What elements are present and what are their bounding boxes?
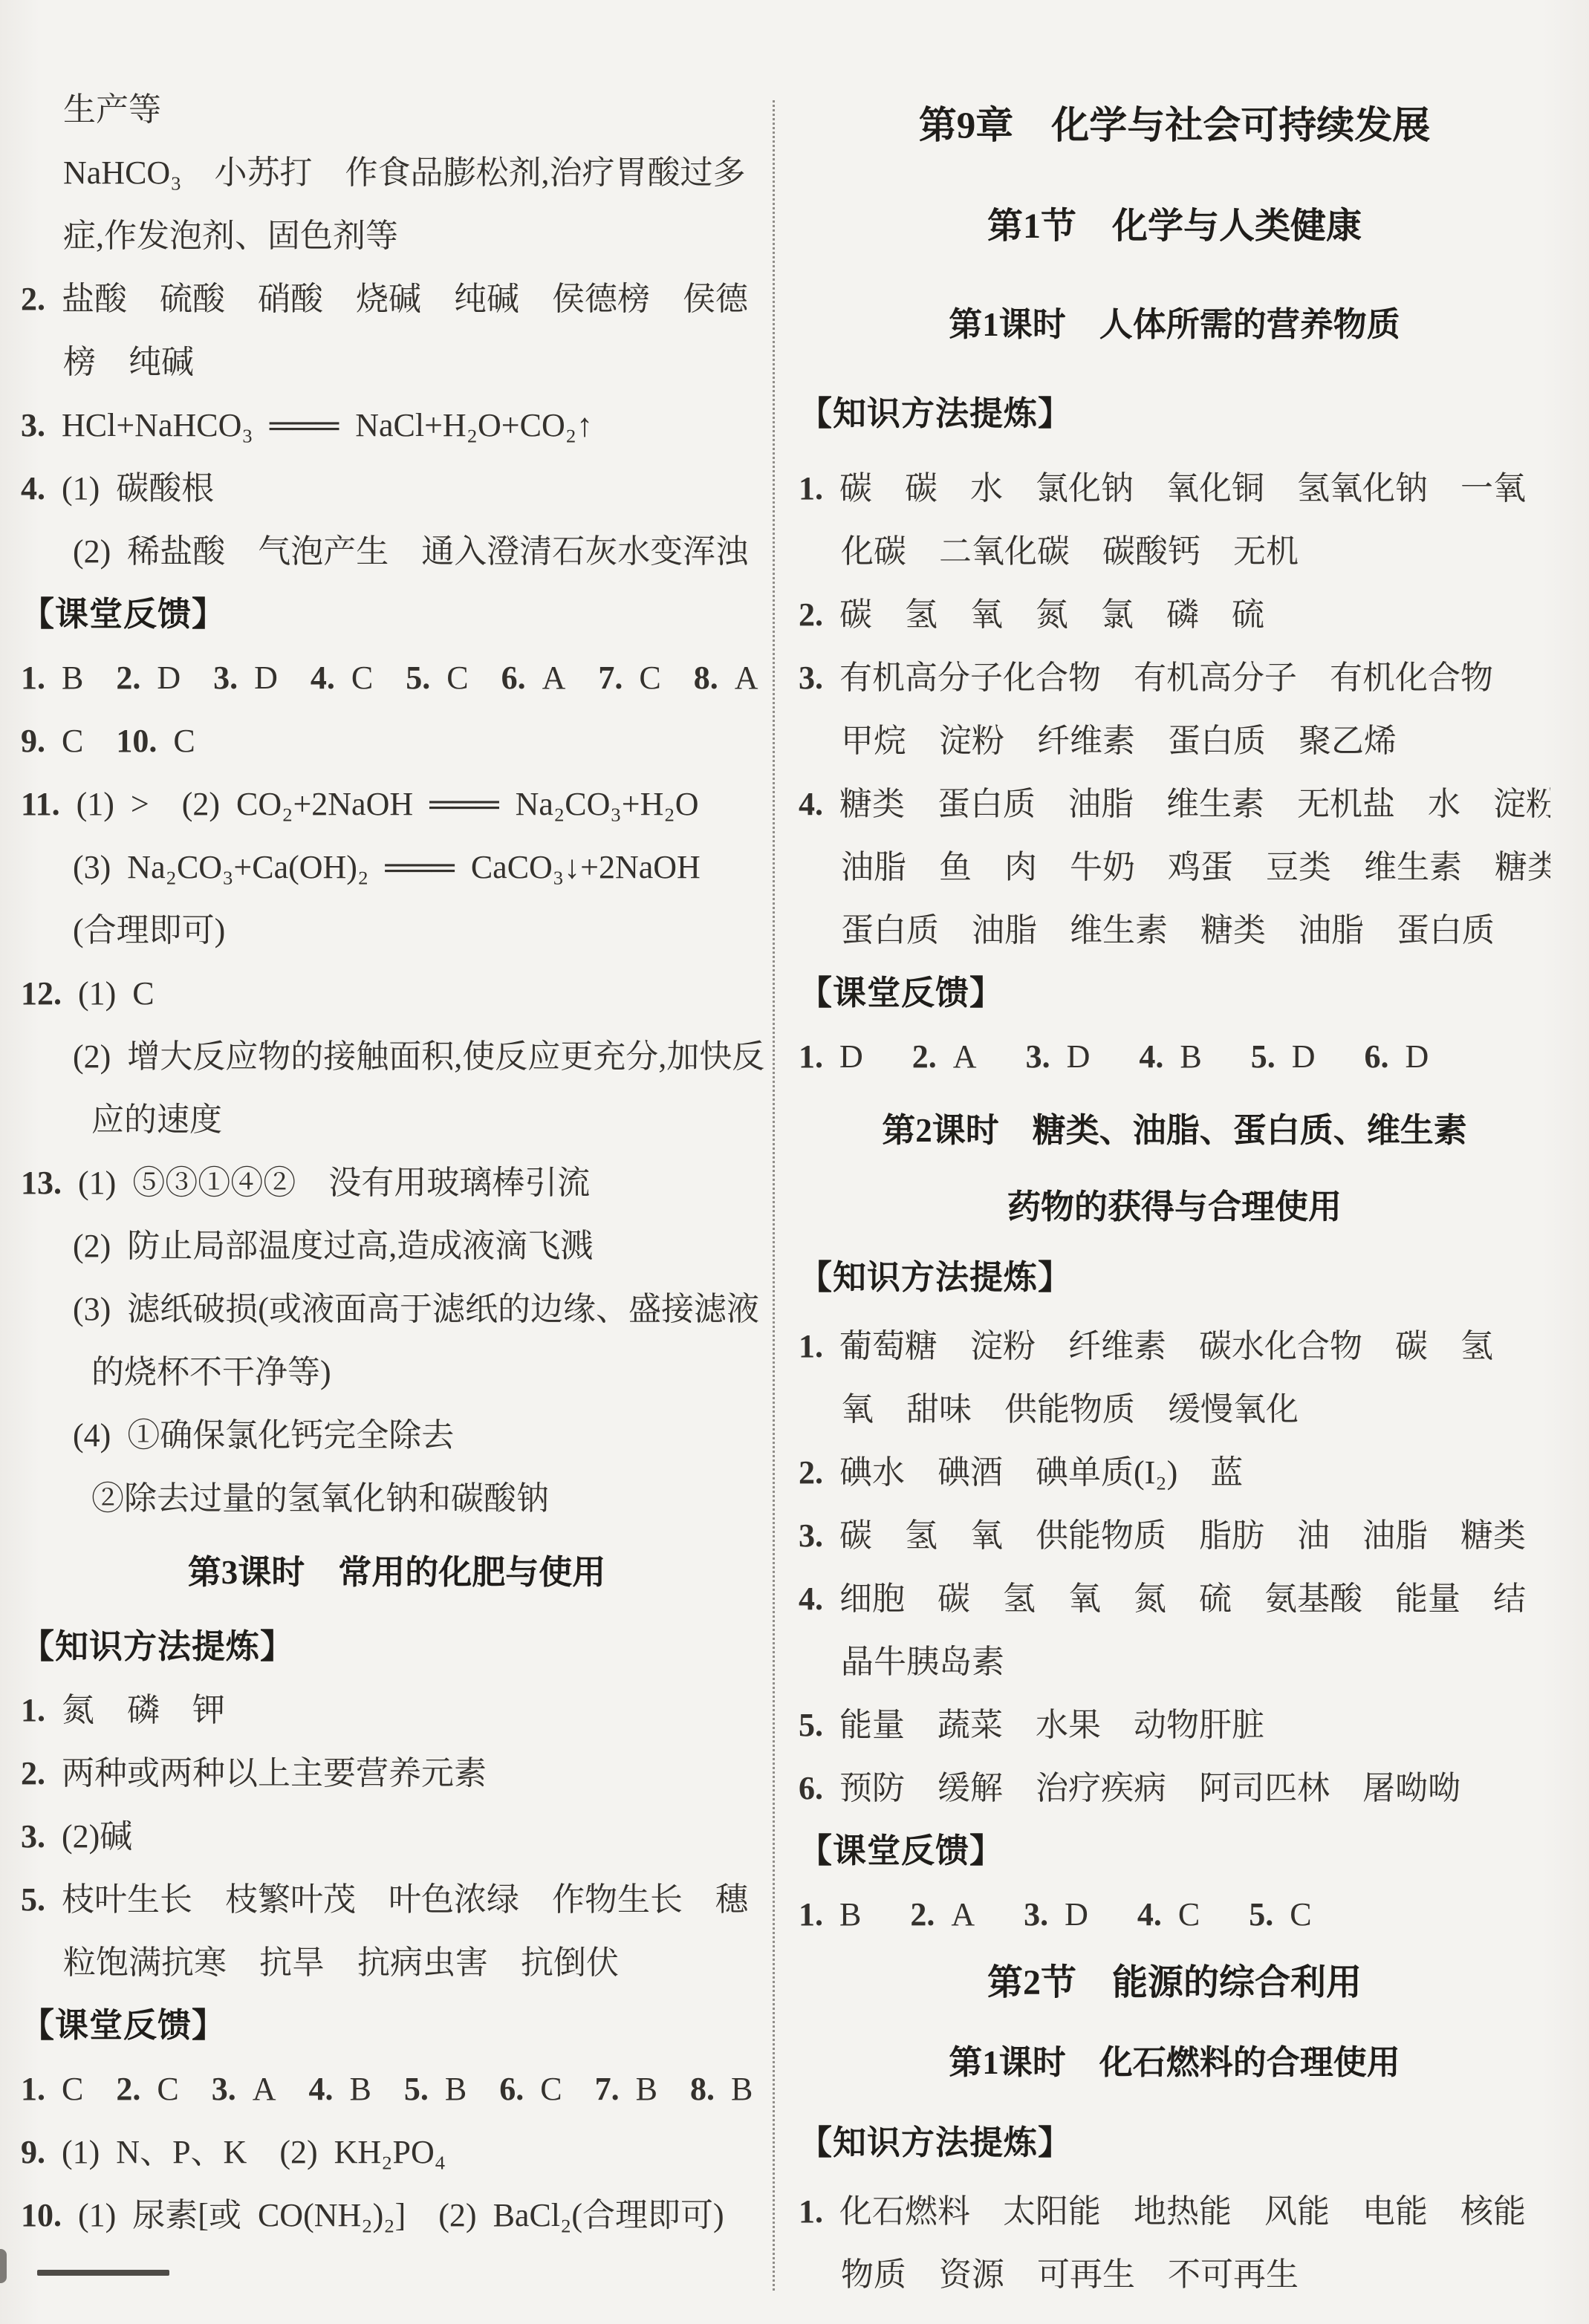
answer-item-continuation: 氧 甜味 供能物质 缓慢氧化 — [799, 1378, 1550, 1441]
answer-text: 碘水 碘酒 碘单质(I₂) 蓝 — [823, 1454, 1243, 1491]
answer-subitem: (3) 滤纸破损(或液面高于滤纸的边缘、盛接滤液 — [21, 1277, 773, 1341]
answer-item: 5. 枝叶生长 枝繁叶茂 叶色浓绿 作物生长 穗 — [21, 1868, 773, 1931]
answer-item-continuation: 生产等 — [21, 78, 773, 141]
answer-text: 预防 缓解 治疗疾病 阿司匹林 屠呦呦 — [823, 1770, 1460, 1806]
lesson-heading: 药物的获得与合理使用 — [799, 1174, 1550, 1240]
item-number: 9. — [21, 723, 45, 759]
answer-subitem: (2) 防止局部温度过高,造成液滴飞溅 — [21, 1214, 773, 1277]
answer-text: C — [157, 723, 195, 759]
section-heading: 第1节 化学与人类健康 — [799, 175, 1550, 279]
answer-item: 2. 碳 氢 氧 氮 氯 磷 硫 — [799, 583, 1550, 646]
answer-text: A — [526, 660, 599, 696]
item-number: 3. — [21, 407, 45, 443]
answer-text: 【知识方法提炼】 — [21, 1628, 294, 1665]
answer-text: 有机高分子化合物 有机高分子 有机化合物 — [823, 660, 1493, 696]
answer-text: 氧 甜味 供能物质 缓慢氧化 — [841, 1391, 1299, 1428]
answer-text: B — [429, 2071, 499, 2107]
item-number: 6. — [1364, 1038, 1388, 1075]
answer-text: 药物的获得与合理使用 — [1007, 1188, 1342, 1226]
answer-item: 2. 盐酸 硫酸 硝酸 烧碱 纯碱 侯德榜 侯德 — [21, 267, 773, 331]
answer-text: 【课堂反馈】 — [799, 974, 1004, 1012]
answer-item-continuation: ②除去过量的氢氧化钠和碳酸钠 — [21, 1467, 773, 1530]
answer-item: 13. (1) ⑤③①④② 没有用玻璃棒引流 — [21, 1151, 773, 1214]
answer-item: 1. 碳 碳 水 氯化钠 氧化铜 氢氧化钠 一氧 — [799, 457, 1550, 520]
item-number: 11. — [21, 786, 60, 822]
answer-text: C — [45, 2071, 116, 2107]
item-number: 1. — [799, 1328, 823, 1364]
answer-text: 症,作发泡剂、固色剂等 — [63, 218, 398, 254]
section-label: 【知识方法提炼】 — [799, 2106, 1550, 2180]
item-number: 7. — [598, 660, 623, 696]
answer-text: 第9章 化学与社会可持续发展 — [919, 105, 1431, 147]
answer-line: 1. B 2. D 3. D 4. C 5. C 6. A 7. C 8. A — [21, 646, 773, 709]
item-number: 1. — [799, 1038, 823, 1075]
answer-subitem: (3) Na₂CO₃+Ca(OH)₂ ═══ CaCO₃↓+2NaOH — [21, 836, 773, 899]
answer-text: (4) ①确保氯化钙完全除去 — [73, 1417, 454, 1454]
answer-text: 两种或两种以上主要营养元素 — [45, 1755, 487, 1791]
answer-item: 3. 有机高分子化合物 有机高分子 有机化合物 — [799, 646, 1550, 709]
answer-item: 2. 两种或两种以上主要营养元素 — [21, 1742, 773, 1805]
answer-text: D — [1276, 1038, 1365, 1075]
answer-text: 物质 资源 可再生 不可再生 — [841, 2256, 1299, 2293]
answer-item: 9. (1) N、P、K (2) KH₂PO₄ — [21, 2120, 773, 2184]
answer-text: 的烧杯不干净等) — [91, 1354, 331, 1390]
section-label: 【知识方法提炼】 — [799, 371, 1550, 457]
answer-text: C — [45, 723, 116, 759]
answer-text: (1) > (2) CO₂+2NaOH ═══ Na₂CO₃+H₂O — [60, 786, 699, 822]
item-number: 1. — [21, 1692, 45, 1728]
answer-text: 化碳 二氧化碳 碳酸钙 无机 — [841, 533, 1299, 570]
item-number: 2. — [21, 281, 45, 317]
item-number: 3. — [799, 1517, 823, 1554]
answer-text: C — [335, 660, 406, 696]
answer-text: 糖类 蛋白质 油脂 维生素 无机盐 水 淀粉 — [823, 786, 1550, 822]
item-number: 10. — [21, 2197, 62, 2233]
item-number: 1. — [799, 2193, 823, 2230]
item-number: 6. — [799, 1770, 823, 1806]
answer-text: 【课堂反馈】 — [799, 1832, 1004, 1869]
answer-item-continuation: 应的速度 — [21, 1088, 773, 1151]
chapter-heading: 第9章 化学与社会可持续发展 — [799, 78, 1550, 175]
scanned-answer-page: 生产等NaHCO₃ 小苏打 作食品膨松剂,治疗胃酸过多症,作发泡剂、固色剂等2.… — [0, 0, 1589, 2324]
answer-text: 【知识方法提炼】 — [799, 2124, 1072, 2161]
item-number: 5. — [1251, 1038, 1276, 1075]
item-number: 9. — [21, 2134, 45, 2170]
answer-line: 1. D 2. A 3. D 4. B 5. D 6. D — [799, 1025, 1550, 1088]
item-number: 2. — [912, 1038, 937, 1075]
lesson-heading: 第1课时 人体所需的营养物质 — [799, 279, 1550, 371]
answer-text: 化石燃料 太阳能 地热能 风能 电能 核能 — [823, 2193, 1526, 2230]
column-divider — [773, 100, 775, 2291]
answer-text: 细胞 碳 氢 氧 氮 硫 氨基酸 能量 结 — [823, 1581, 1526, 1617]
item-number: 3. — [213, 660, 238, 696]
answer-text: 蛋白质 油脂 维生素 糖类 油脂 蛋白质 — [841, 912, 1495, 948]
answer-text: HCl+NaHCO₃ ═══ NaCl+H₂O+CO₂↑ — [45, 407, 593, 443]
answer-text: C — [430, 660, 501, 696]
answer-text: C — [524, 2071, 594, 2107]
answer-item: 1. 葡萄糖 淀粉 纤维素 碳水化合物 碳 氢 — [799, 1315, 1550, 1378]
answer-text: 第3课时 常用的化肥与使用 — [188, 1554, 606, 1591]
answer-text: 第1课时 人体所需的营养物质 — [949, 306, 1400, 343]
answer-text: (2) 防止局部温度过高,造成液滴飞溅 — [73, 1228, 593, 1264]
item-number: 6. — [499, 2071, 524, 2107]
answer-text: 【课堂反馈】 — [21, 2007, 226, 2044]
answer-item: 3. (2)碱 — [21, 1805, 773, 1868]
answer-text: C — [1162, 1896, 1249, 1933]
item-number: 2. — [116, 660, 140, 696]
item-number: 5. — [1249, 1896, 1273, 1933]
item-number: 3. — [212, 2071, 236, 2107]
answer-text: B — [823, 1896, 910, 1933]
answer-column-right: 第9章 化学与社会可持续发展第1节 化学与人类健康第1课时 人体所需的营养物质【… — [799, 0, 1550, 2306]
item-number: 1. — [799, 1896, 823, 1933]
answer-subitem: (合理即可) — [21, 899, 773, 962]
answer-text: 【知识方法提炼】 — [799, 395, 1072, 432]
answer-text: 氮 磷 钾 — [45, 1692, 225, 1728]
section-label: 【课堂反馈】 — [799, 1820, 1550, 1883]
answer-item: 4. (1) 碳酸根 — [21, 457, 773, 520]
answer-text: 葡萄糖 淀粉 纤维素 碳水化合物 碳 氢 — [823, 1328, 1493, 1364]
answer-text: 第1课时 化石燃料的合理使用 — [949, 2044, 1400, 2081]
answer-text: (1) C — [62, 975, 155, 1012]
answer-text: 应的速度 — [91, 1101, 222, 1138]
answer-text: (合理即可) — [73, 912, 225, 948]
answer-text: D — [823, 1038, 912, 1075]
answer-text: D — [1050, 1038, 1140, 1075]
item-number: 8. — [694, 660, 718, 696]
section-label: 【课堂反馈】 — [21, 1994, 773, 2057]
answer-text: 第2节 能源的综合利用 — [987, 1963, 1362, 2002]
answer-text: D — [1048, 1896, 1137, 1933]
item-number: 4. — [311, 660, 335, 696]
page-footer-rule — [37, 2270, 169, 2276]
item-number: 3. — [1024, 1896, 1048, 1933]
answer-item-continuation: NaHCO₃ 小苏打 作食品膨松剂,治疗胃酸过多 — [21, 141, 773, 204]
answer-item: 12. (1) C — [21, 962, 773, 1025]
item-number: 5. — [21, 1881, 45, 1918]
answer-text: (1) ⑤③①④② 没有用玻璃棒引流 — [62, 1165, 590, 1201]
item-number: 6. — [501, 660, 526, 696]
answer-text: B — [1163, 1038, 1250, 1075]
answer-text: (2) 稀盐酸 气泡产生 通入澄清石灰水变浑浊 — [73, 533, 748, 570]
item-number: 2. — [799, 596, 823, 633]
answer-text: 盐酸 硫酸 硝酸 烧碱 纯碱 侯德榜 侯德 — [45, 281, 748, 317]
answer-text: 粒饱满抗寒 抗旱 抗病虫害 抗倒伏 — [63, 1944, 619, 1981]
lesson-heading: 第3课时 常用的化肥与使用 — [21, 1530, 773, 1615]
answer-text: 能量 蔬菜 水果 动物肝脏 — [823, 1707, 1264, 1743]
answer-line: 1. C 2. C 3. A 4. B 5. B 6. C 7. B 8. B — [21, 2057, 773, 2120]
answer-item-continuation: 粒饱满抗寒 抗旱 抗病虫害 抗倒伏 — [21, 1931, 773, 1994]
answer-text: 榜 纯碱 — [63, 344, 194, 380]
item-number: 1. — [21, 660, 45, 696]
item-number: 10. — [116, 723, 157, 759]
item-number: 1. — [799, 470, 823, 507]
item-number: 1. — [21, 2071, 45, 2107]
item-number: 13. — [21, 1165, 62, 1201]
lesson-heading: 第1课时 化石燃料的合理使用 — [799, 2020, 1550, 2106]
answer-item: 5. 能量 蔬菜 水果 动物肝脏 — [799, 1693, 1550, 1757]
answer-column-left: 生产等NaHCO₃ 小苏打 作食品膨松剂,治疗胃酸过多症,作发泡剂、固色剂等2.… — [21, 0, 773, 2247]
answer-item-continuation: 化碳 二氧化碳 碳酸钙 无机 — [799, 520, 1550, 583]
item-number: 12. — [21, 975, 62, 1012]
answer-text: B — [45, 660, 116, 696]
answer-text: A — [236, 2071, 309, 2107]
answer-text: NaHCO₃ 小苏打 作食品膨松剂,治疗胃酸过多 — [63, 154, 746, 191]
answer-text: 甲烷 淀粉 纤维素 蛋白质 聚乙烯 — [841, 723, 1397, 759]
answer-subitem: (4) ①确保氯化钙完全除去 — [21, 1404, 773, 1467]
answer-text: (2)碱 — [45, 1818, 132, 1855]
item-number: 7. — [595, 2071, 620, 2107]
answer-text: (1) 尿素[或 CO(NH₂)₂] (2) BaCl₂(合理即可) — [62, 2197, 724, 2233]
answer-text: D — [1388, 1038, 1429, 1075]
item-number: 2. — [116, 2071, 140, 2107]
item-number: 2. — [910, 1896, 935, 1933]
item-number: 5. — [406, 660, 430, 696]
item-number: 4. — [309, 2071, 334, 2107]
answer-text: (1) 碳酸根 — [45, 470, 214, 507]
section-label: 【课堂反馈】 — [21, 583, 773, 646]
answer-text: (3) 滤纸破损(或液面高于滤纸的边缘、盛接滤液 — [73, 1291, 759, 1327]
answer-item: 4. 细胞 碳 氢 氧 氮 硫 氨基酸 能量 结 — [799, 1567, 1550, 1630]
answer-text: 生产等 — [63, 91, 161, 128]
answer-item: 4. 糖类 蛋白质 油脂 维生素 无机盐 水 淀粉 — [799, 772, 1550, 836]
item-number: 3. — [21, 1818, 45, 1855]
answer-text: 碳 氢 氧 供能物质 脂肪 油 油脂 糖类 — [823, 1517, 1526, 1554]
answer-text: ②除去过量的氢氧化钠和碳酸钠 — [91, 1480, 549, 1517]
answer-item-continuation: 榜 纯碱 — [21, 331, 773, 394]
answer-text: B — [715, 2071, 753, 2107]
answer-text: D — [140, 660, 213, 696]
answer-item-continuation: 油脂 鱼 肉 牛奶 鸡蛋 豆类 维生素 糖类 — [799, 836, 1550, 899]
answer-item: 11. (1) > (2) CO₂+2NaOH ═══ Na₂CO₃+H₂O — [21, 772, 773, 836]
item-number: 8. — [690, 2071, 715, 2107]
answer-subitem: (2) 增大反应物的接触面积,使反应更充分,加快反 — [21, 1025, 773, 1088]
answer-text: 第1节 化学与人类健康 — [987, 206, 1362, 246]
item-number: 4. — [799, 1581, 823, 1617]
answer-line: 1. B 2. A 3. D 4. C 5. C — [799, 1883, 1550, 1946]
item-number: 3. — [1026, 1038, 1050, 1075]
section-label: 【知识方法提炼】 — [799, 1240, 1550, 1315]
answer-text: C — [623, 660, 693, 696]
answer-item-continuation: 的烧杯不干净等) — [21, 1341, 773, 1404]
answer-text: B — [334, 2071, 404, 2107]
answer-text: D — [238, 660, 311, 696]
answer-text: 【课堂反馈】 — [21, 596, 226, 633]
section-label: 【课堂反馈】 — [799, 962, 1550, 1025]
answer-item: 1. 氮 磷 钾 — [21, 1679, 773, 1742]
answer-line: 9. C 10. C — [21, 709, 773, 772]
answer-text: 碳 碳 水 氯化钠 氧化铜 氢氧化钠 一氧 — [823, 470, 1526, 507]
answer-item-continuation: 晶牛胰岛素 — [799, 1630, 1550, 1693]
answer-item: 3. 碳 氢 氧 供能物质 脂肪 油 油脂 糖类 — [799, 1504, 1550, 1567]
answer-text: B — [620, 2071, 690, 2107]
answer-item: 6. 预防 缓解 治疗疾病 阿司匹林 屠呦呦 — [799, 1757, 1550, 1820]
answer-text: 碳 氢 氧 氮 氯 磷 硫 — [823, 596, 1264, 633]
answer-text: (1) N、P、K (2) KH₂PO₄ — [45, 2134, 446, 2170]
answer-text: A — [935, 1896, 1024, 1933]
section-heading: 第2节 能源的综合利用 — [799, 1946, 1550, 2020]
item-number: 4. — [1137, 1896, 1162, 1933]
item-number: 2. — [799, 1454, 823, 1491]
answer-item: 2. 碘水 碘酒 碘单质(I₂) 蓝 — [799, 1441, 1550, 1504]
item-number: 4. — [21, 470, 45, 507]
answer-subitem: (2) 稀盐酸 气泡产生 通入澄清石灰水变浑浊 — [21, 520, 773, 583]
page-edge-mark — [0, 2249, 7, 2283]
item-number: 5. — [404, 2071, 429, 2107]
item-number: 5. — [799, 1707, 823, 1743]
answer-item: 3. HCl+NaHCO₃ ═══ NaCl+H₂O+CO₂↑ — [21, 394, 773, 457]
answer-text: 【知识方法提炼】 — [799, 1259, 1072, 1296]
item-number: 4. — [799, 786, 823, 822]
answer-item-continuation: 甲烷 淀粉 纤维素 蛋白质 聚乙烯 — [799, 709, 1550, 772]
answer-text: 晶牛胰岛素 — [841, 1644, 1004, 1680]
item-number: 3. — [799, 660, 823, 696]
answer-item: 10. (1) 尿素[或 CO(NH₂)₂] (2) BaCl₂(合理即可) — [21, 2184, 773, 2247]
section-label: 【知识方法提炼】 — [21, 1615, 773, 1679]
answer-text: 油脂 鱼 肉 牛奶 鸡蛋 豆类 维生素 糖类 — [841, 849, 1550, 885]
answer-text: (3) Na₂CO₃+Ca(OH)₂ ═══ CaCO₃↓+2NaOH — [73, 849, 701, 885]
answer-text: C — [140, 2071, 211, 2107]
answer-item-continuation: 蛋白质 油脂 维生素 糖类 油脂 蛋白质 — [799, 899, 1550, 962]
answer-text: C — [1273, 1896, 1311, 1933]
answer-item-continuation: 物质 资源 可再生 不可再生 — [799, 2243, 1550, 2306]
answer-text: A — [718, 660, 758, 696]
answer-text: (2) 增大反应物的接触面积,使反应更充分,加快反 — [73, 1038, 764, 1075]
item-number: 2. — [21, 1755, 45, 1791]
answer-text: 第2课时 糖类、油脂、蛋白质、维生素 — [882, 1112, 1467, 1149]
answer-item: 1. 化石燃料 太阳能 地热能 风能 电能 核能 — [799, 2180, 1550, 2243]
answer-text: A — [937, 1038, 1026, 1075]
answer-text: 枝叶生长 枝繁叶茂 叶色浓绿 作物生长 穗 — [45, 1881, 748, 1918]
answer-item-continuation: 症,作发泡剂、固色剂等 — [21, 204, 773, 267]
lesson-heading: 第2课时 糖类、油脂、蛋白质、维生素 — [799, 1088, 1550, 1174]
item-number: 4. — [1139, 1038, 1163, 1075]
